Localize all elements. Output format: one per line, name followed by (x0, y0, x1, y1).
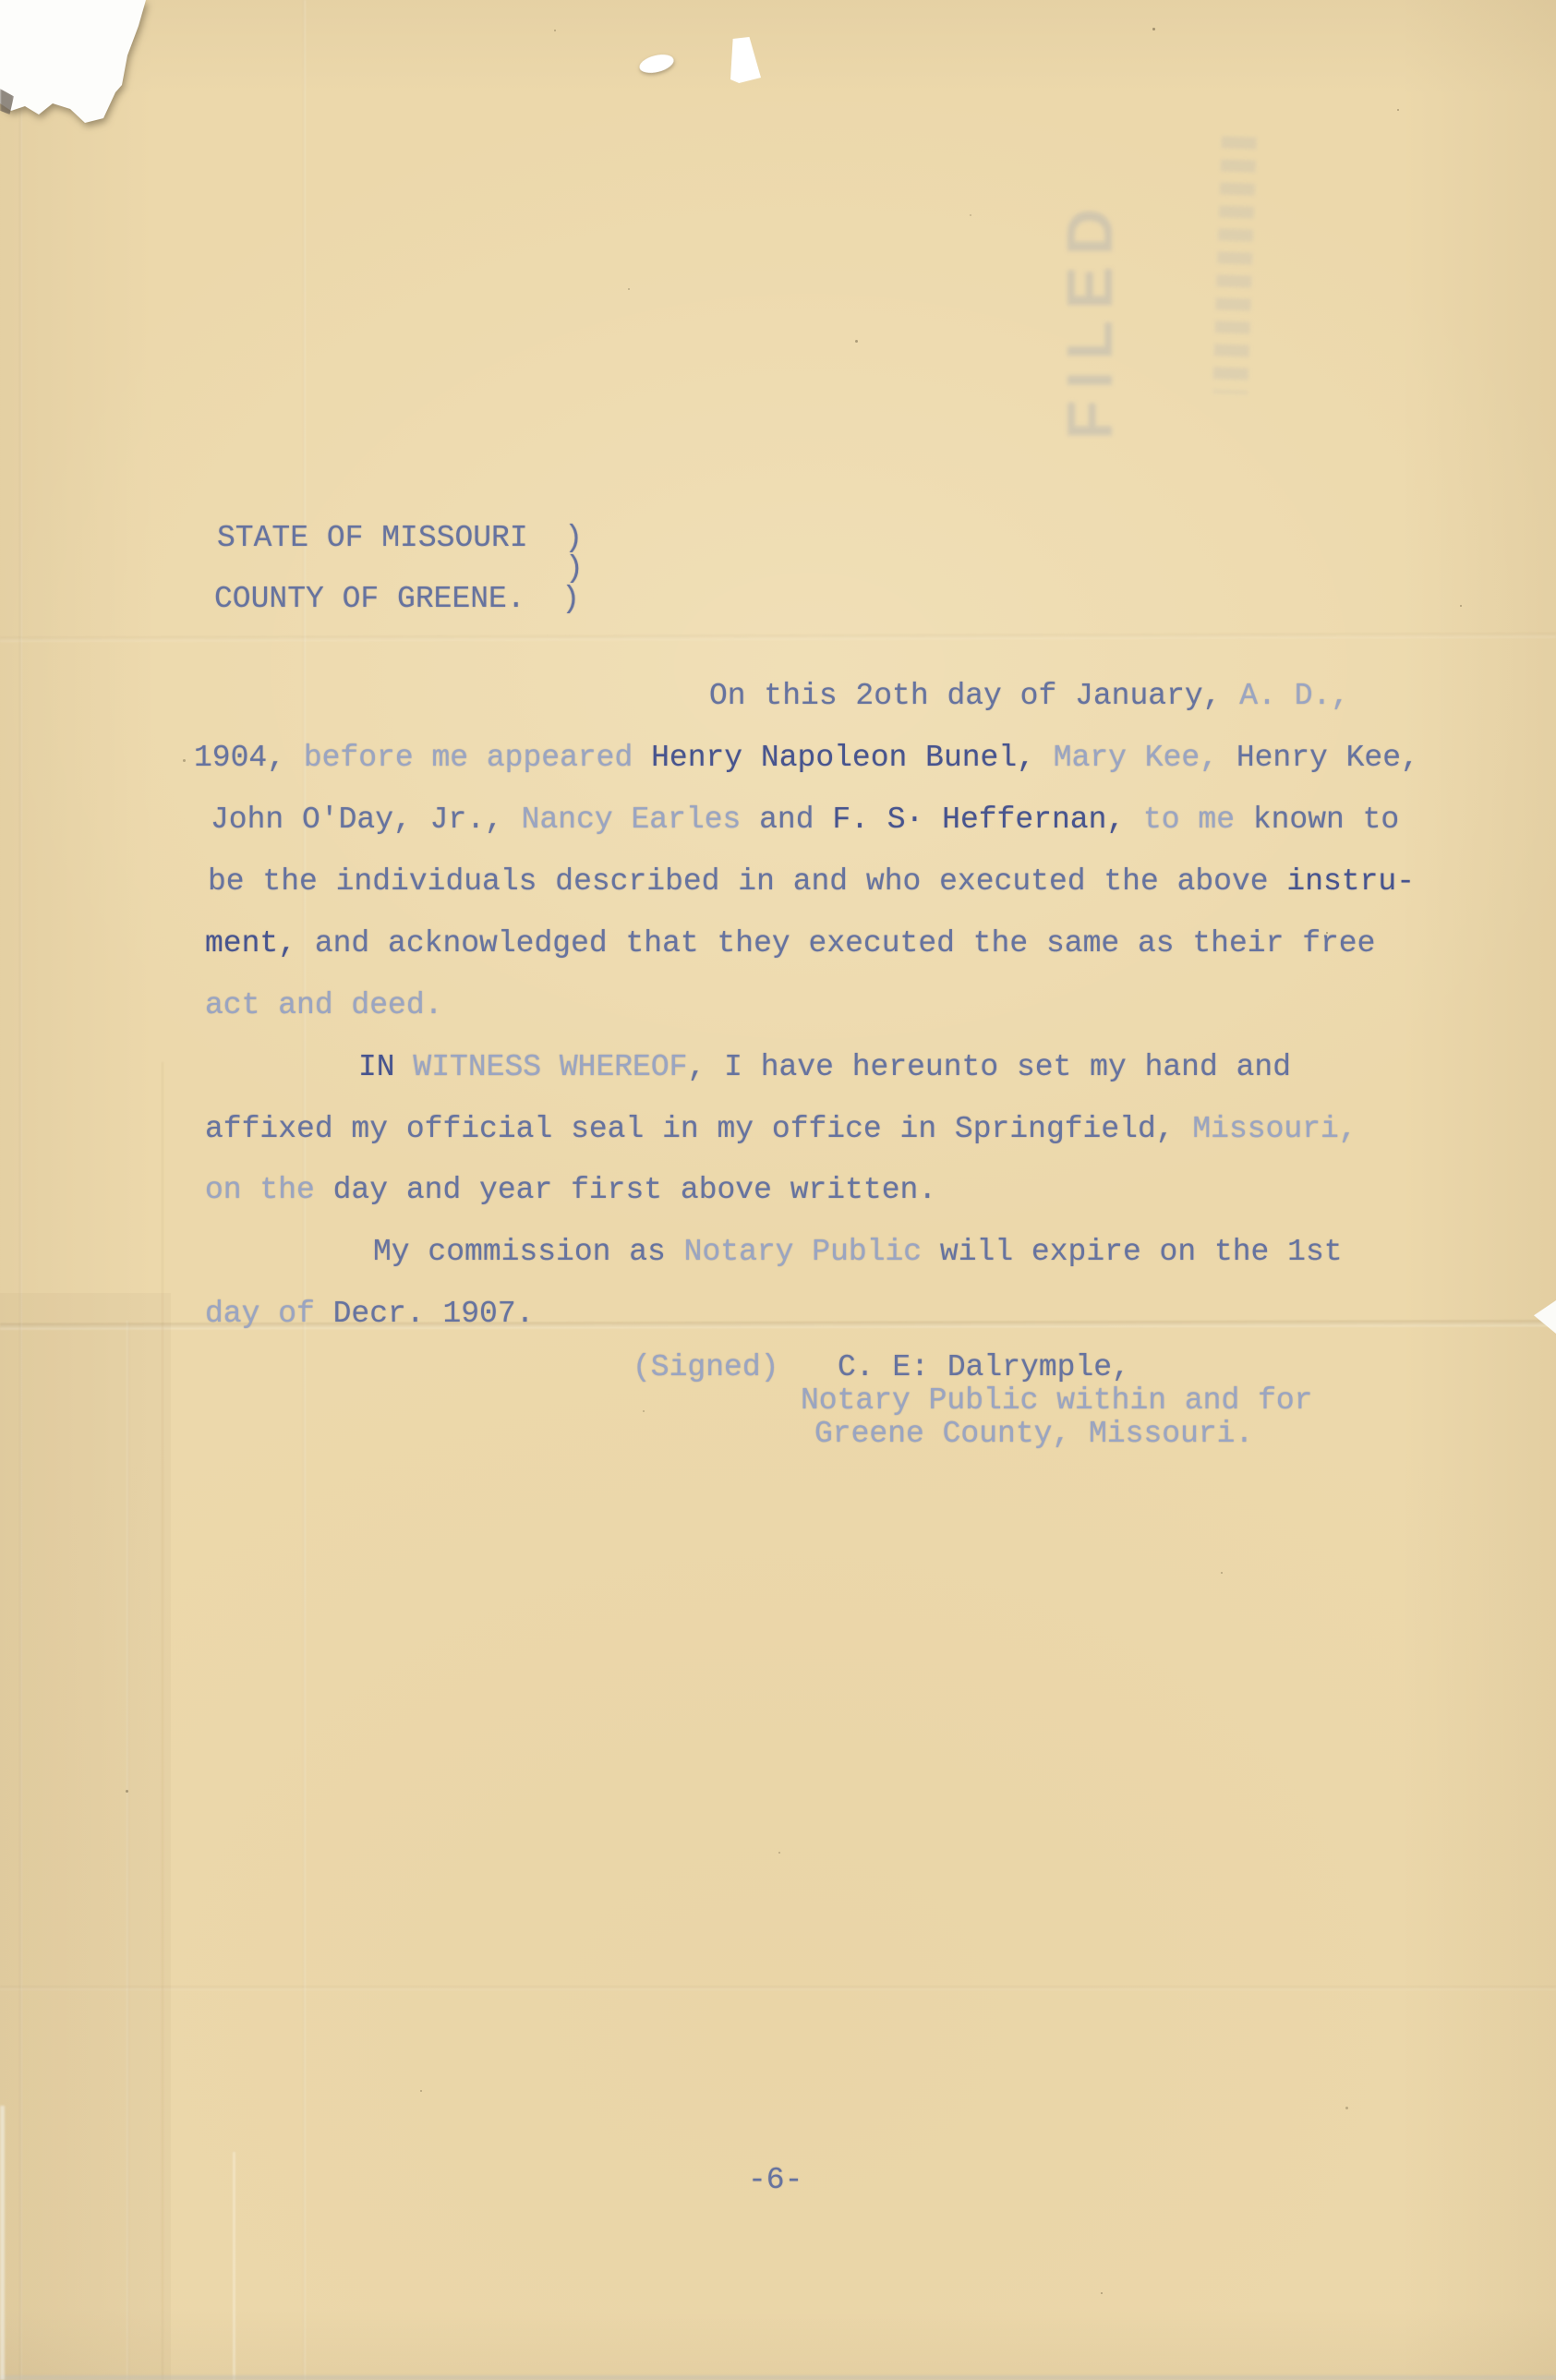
page-number: -6- (748, 2165, 802, 2196)
signature-name: C. E: Dalrymple, (838, 1352, 1130, 1383)
signature-title-line-2: Greene County, Missouri. (814, 1419, 1253, 1450)
body-line-10: My commission as Notary Public will expi… (373, 1237, 1343, 1268)
body-line-1: On this 2oth day of January, A. D., (709, 681, 1349, 712)
body-line-3: John O'Day, Jr., Nancy Earles and F. S· … (211, 804, 1399, 836)
typewritten-text-layer: STATE OF MISSOURI ))COUNTY OF GREENE. )O… (0, 0, 1556, 2380)
signature-signed-label: (Signed) (633, 1352, 778, 1383)
signature-title-line-1: Notary Public within and for (801, 1385, 1313, 1417)
body-line-4: be the individuals described in and who … (208, 866, 1415, 898)
body-line-5: ment, and acknowledged that they execute… (205, 928, 1375, 960)
header-state-line: STATE OF MISSOURI ) (217, 523, 583, 554)
body-line-2: 1904, before me appeared Henry Napoleon … (194, 743, 1419, 774)
document-page: FILED STATE OF MISSOURI ))COUNTY OF GREE… (0, 0, 1556, 2380)
body-line-7: IN WITNESS WHEREOF, I have hereunto set … (358, 1052, 1291, 1083)
body-line-9: on the day and year first above written. (205, 1175, 936, 1206)
body-line-11: day of Decr. 1907. (205, 1299, 534, 1330)
body-line-6: act and deed. (205, 990, 442, 1021)
header-brace-middle: ) (565, 553, 584, 585)
header-county-line: COUNTY OF GREENE. ) (214, 584, 580, 615)
body-line-8: affixed my official seal in my office in… (205, 1114, 1357, 1145)
